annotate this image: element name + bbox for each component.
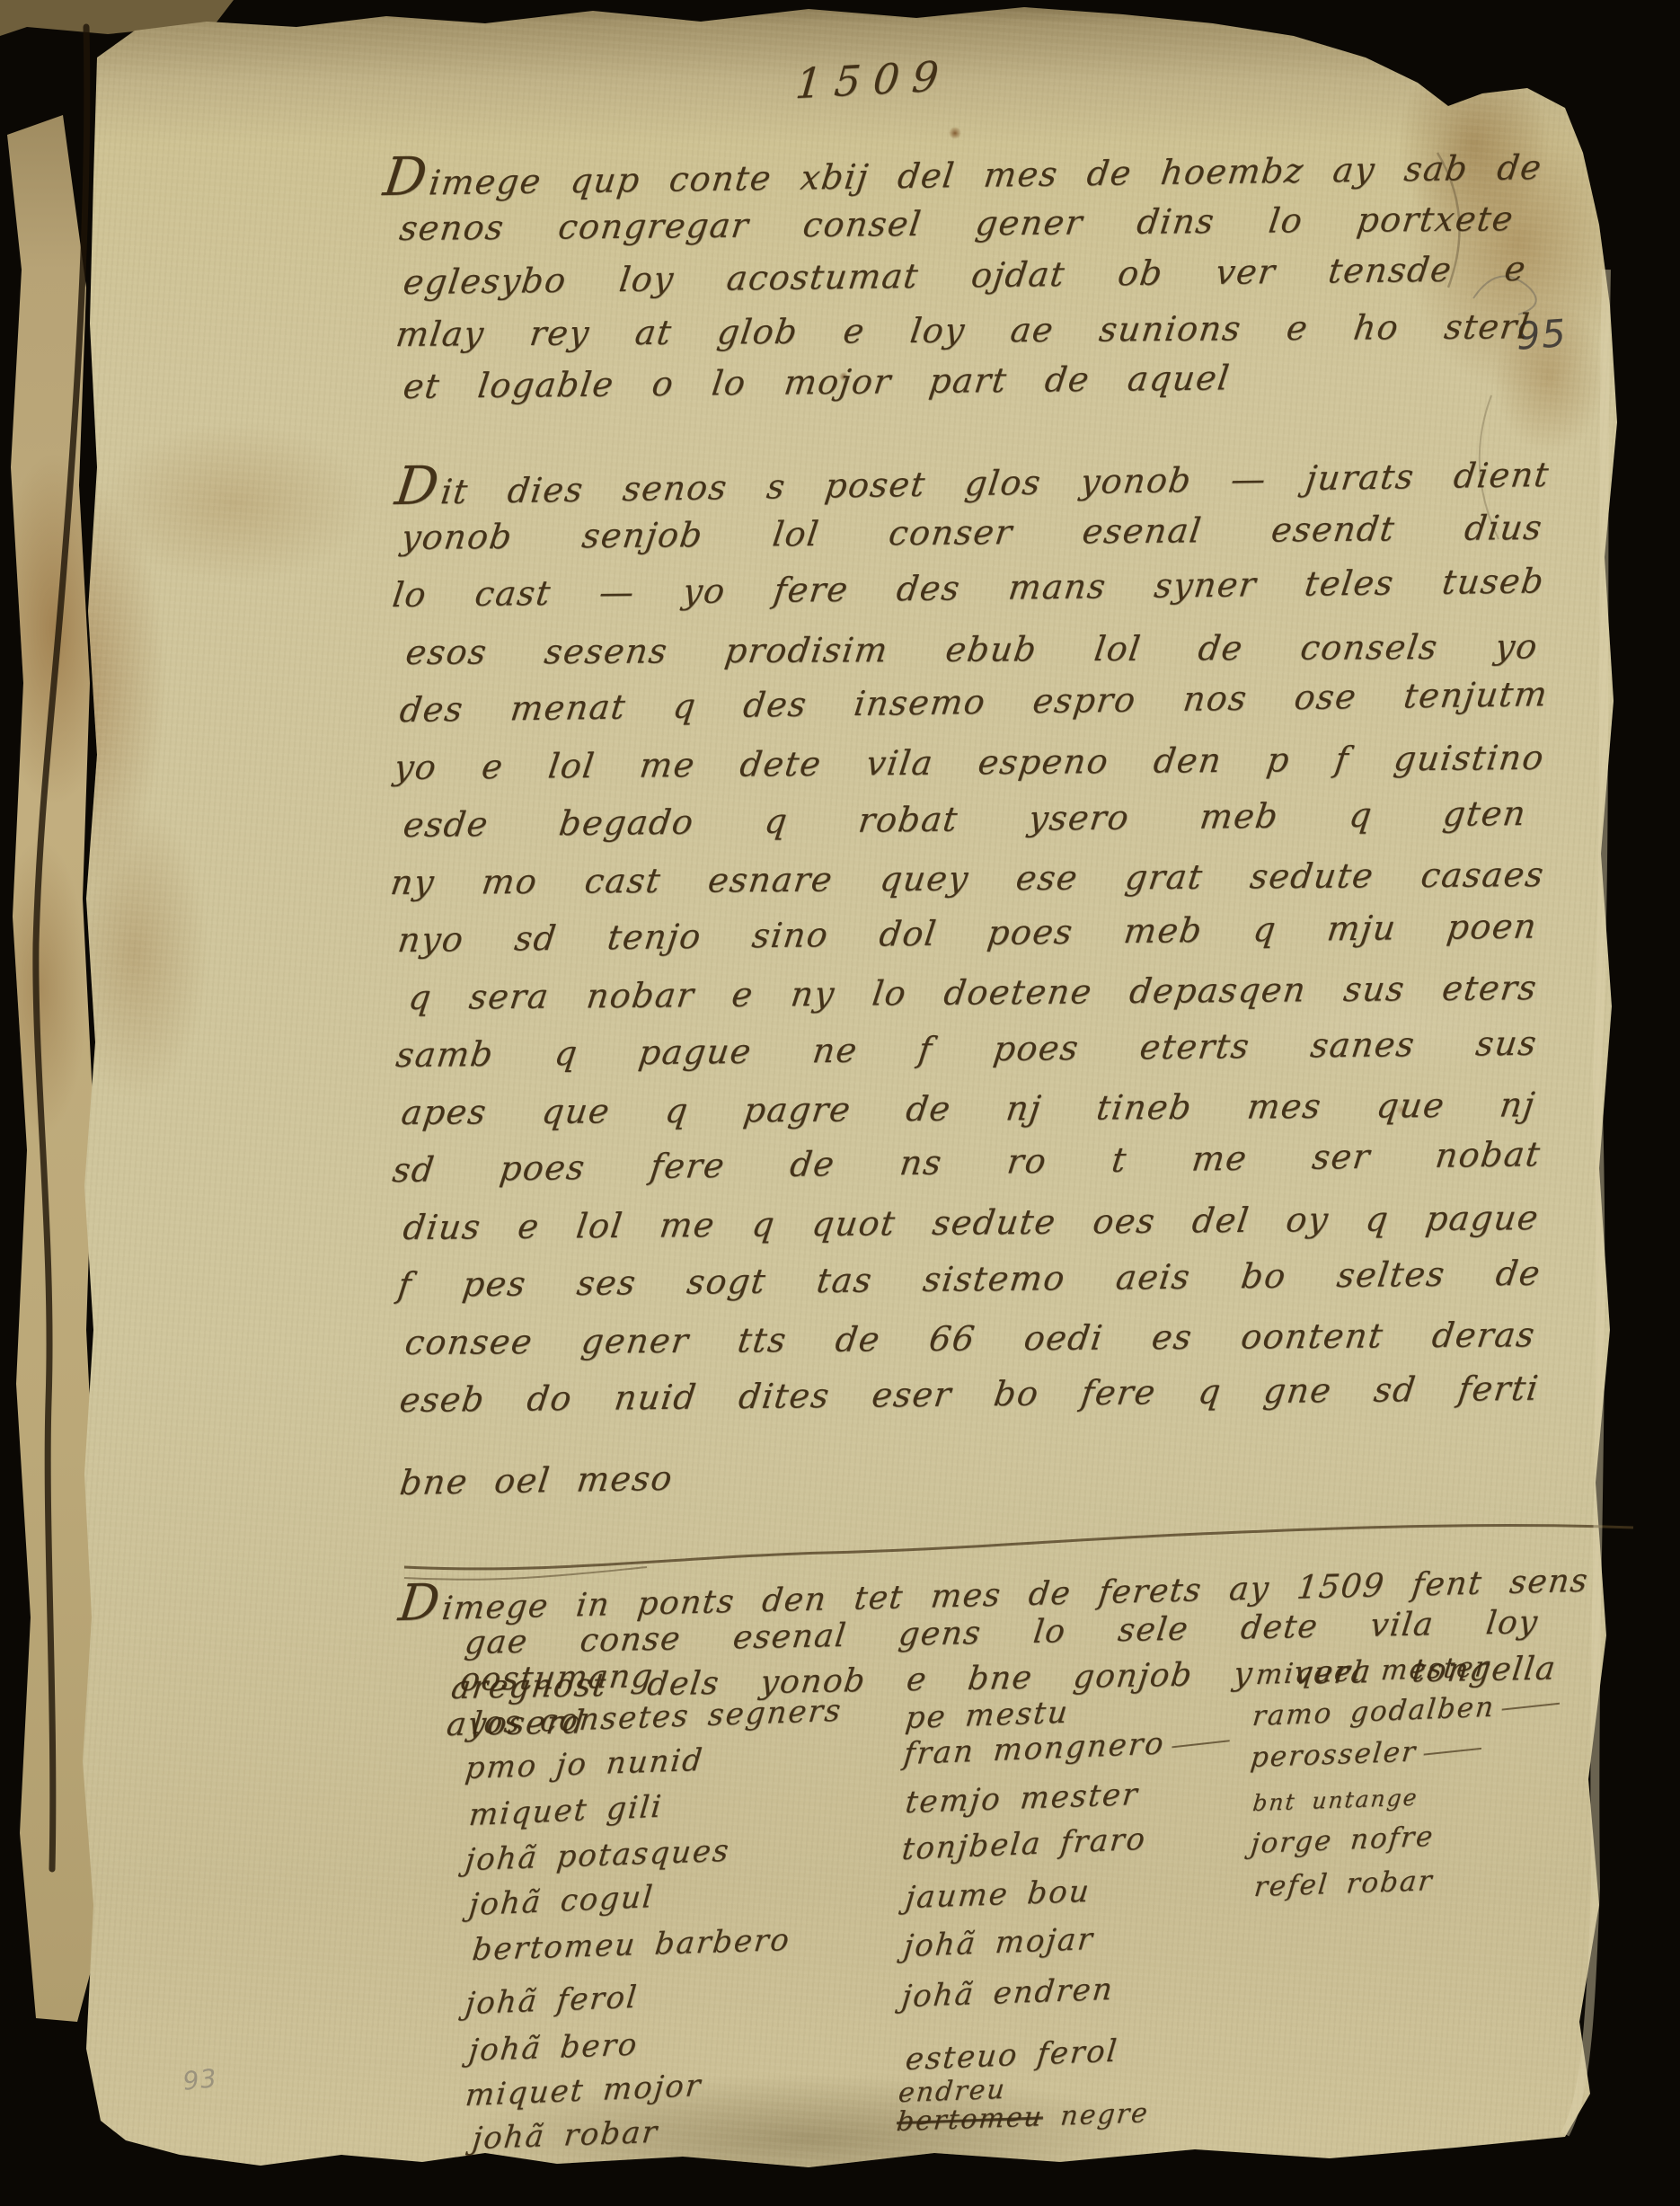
paragraph2-line: dius e lol me q quot sedute oes del oy q… bbox=[401, 1198, 1542, 1247]
councillor-name: johã endren bbox=[900, 1971, 1116, 2015]
councillor-name: johã potasques bbox=[464, 1833, 732, 1878]
paragraph1-line: et logable o lo mojor part de aquel bbox=[401, 358, 1233, 406]
councillor-name: johã robar bbox=[471, 2114, 660, 2157]
paragraph2-line: yo e lol me dete vila espeno den p f gui… bbox=[392, 738, 1547, 787]
struck-name: bertomeu bbox=[895, 2101, 1045, 2138]
councillor-name: jaume bou bbox=[904, 1874, 1092, 1916]
paragraph2-line: ny mo cast esnare quey ese grat sedute c… bbox=[388, 855, 1547, 902]
paragraph1-line: senos congregar consel gener dins lo por… bbox=[397, 199, 1516, 248]
paragraph2-line: sd poes fere de ns ro t me ser nobat bbox=[390, 1134, 1543, 1190]
archival-pencil-number: 93 bbox=[181, 2063, 219, 2096]
councillor-name: bnt untange bbox=[1251, 1785, 1419, 1817]
councillor-name: miquet mojor bbox=[464, 2068, 703, 2113]
councillor-name: johã bero bbox=[467, 2026, 641, 2069]
paragraph1-line: mlay rey at glob e loy ae sunions e ho s… bbox=[393, 306, 1533, 354]
paragraph1-line: eglesybo loy acostumat ojdat ob ver tens… bbox=[401, 249, 1529, 302]
councillor-name: bertomeu barbero bbox=[471, 1922, 792, 1968]
councillor-name: johã cogul bbox=[467, 1879, 656, 1923]
paragraph2-line: f pes ses sogt tas sistemo aeis bo selte… bbox=[395, 1254, 1543, 1305]
councillor-name: esteuo ferol bbox=[904, 2033, 1120, 2078]
manuscript-scan: 1509 95 93 Dimege qup conte xbij del mes… bbox=[0, 0, 1680, 2206]
councillor-name: jorge nofre bbox=[1249, 1821, 1436, 1860]
councillor-name: perosseler bbox=[1249, 1733, 1483, 1774]
paragraph2-line: q sera nobar e ny lo doetene depasqen su… bbox=[406, 968, 1540, 1017]
paragraph2-line: lo cast — yo fere des mans syner teles t… bbox=[390, 561, 1547, 615]
paragraph1-line: Dimege qup conte xbij del mes de hoembz … bbox=[380, 129, 1547, 208]
councillor-name: refel robar bbox=[1252, 1865, 1435, 1903]
councillor-name: miquet gili bbox=[467, 1789, 664, 1834]
paragraph2-line: consee gener tts de 66 oedi es oontent d… bbox=[402, 1315, 1538, 1362]
paragraph2-line: esos sesens prodisim ebub lol de consels… bbox=[403, 626, 1541, 672]
councillor-name: johã mojar bbox=[902, 1921, 1096, 1964]
councillor-name: temjo mester bbox=[904, 1776, 1141, 1821]
handwritten-text-layer: 1509 95 93 Dimege qup conte xbij del mes… bbox=[0, 0, 1680, 2206]
councillor-name: tonjbela fraro bbox=[900, 1821, 1148, 1868]
paragraph2-line: Dit dies senos s poset glos yonob — jura… bbox=[392, 437, 1553, 517]
councillor-name: pmo jo nunid bbox=[464, 1742, 705, 1786]
paragraph2-line: apes que q pagre de nj tineb mes que nj bbox=[399, 1085, 1538, 1132]
paragraph2-line: yonob senjob lol conser esenal esendt di… bbox=[399, 508, 1545, 557]
paragraph2-line: nyo sd tenjo sino dol poes meb q mju poe… bbox=[395, 907, 1540, 961]
paragraph2-closing-line: bne oel meso bbox=[398, 1458, 676, 1502]
paragraph2-line: esde begado q robat ysero meb q gten bbox=[401, 793, 1529, 845]
name-after-struck: negre bbox=[1059, 2097, 1151, 2132]
councillor-name: johã ferol bbox=[464, 1980, 640, 2023]
year-heading: 1509 bbox=[793, 51, 953, 108]
paragraph2-line: samb q pague ne f poes eterts sanes sus bbox=[393, 1023, 1540, 1075]
paragraph2-line: eseb do nuid dites eser bo fere q gne sd… bbox=[397, 1369, 1542, 1420]
paragraph2-line: des menat q des insemo espro nos ose ten… bbox=[397, 674, 1550, 730]
